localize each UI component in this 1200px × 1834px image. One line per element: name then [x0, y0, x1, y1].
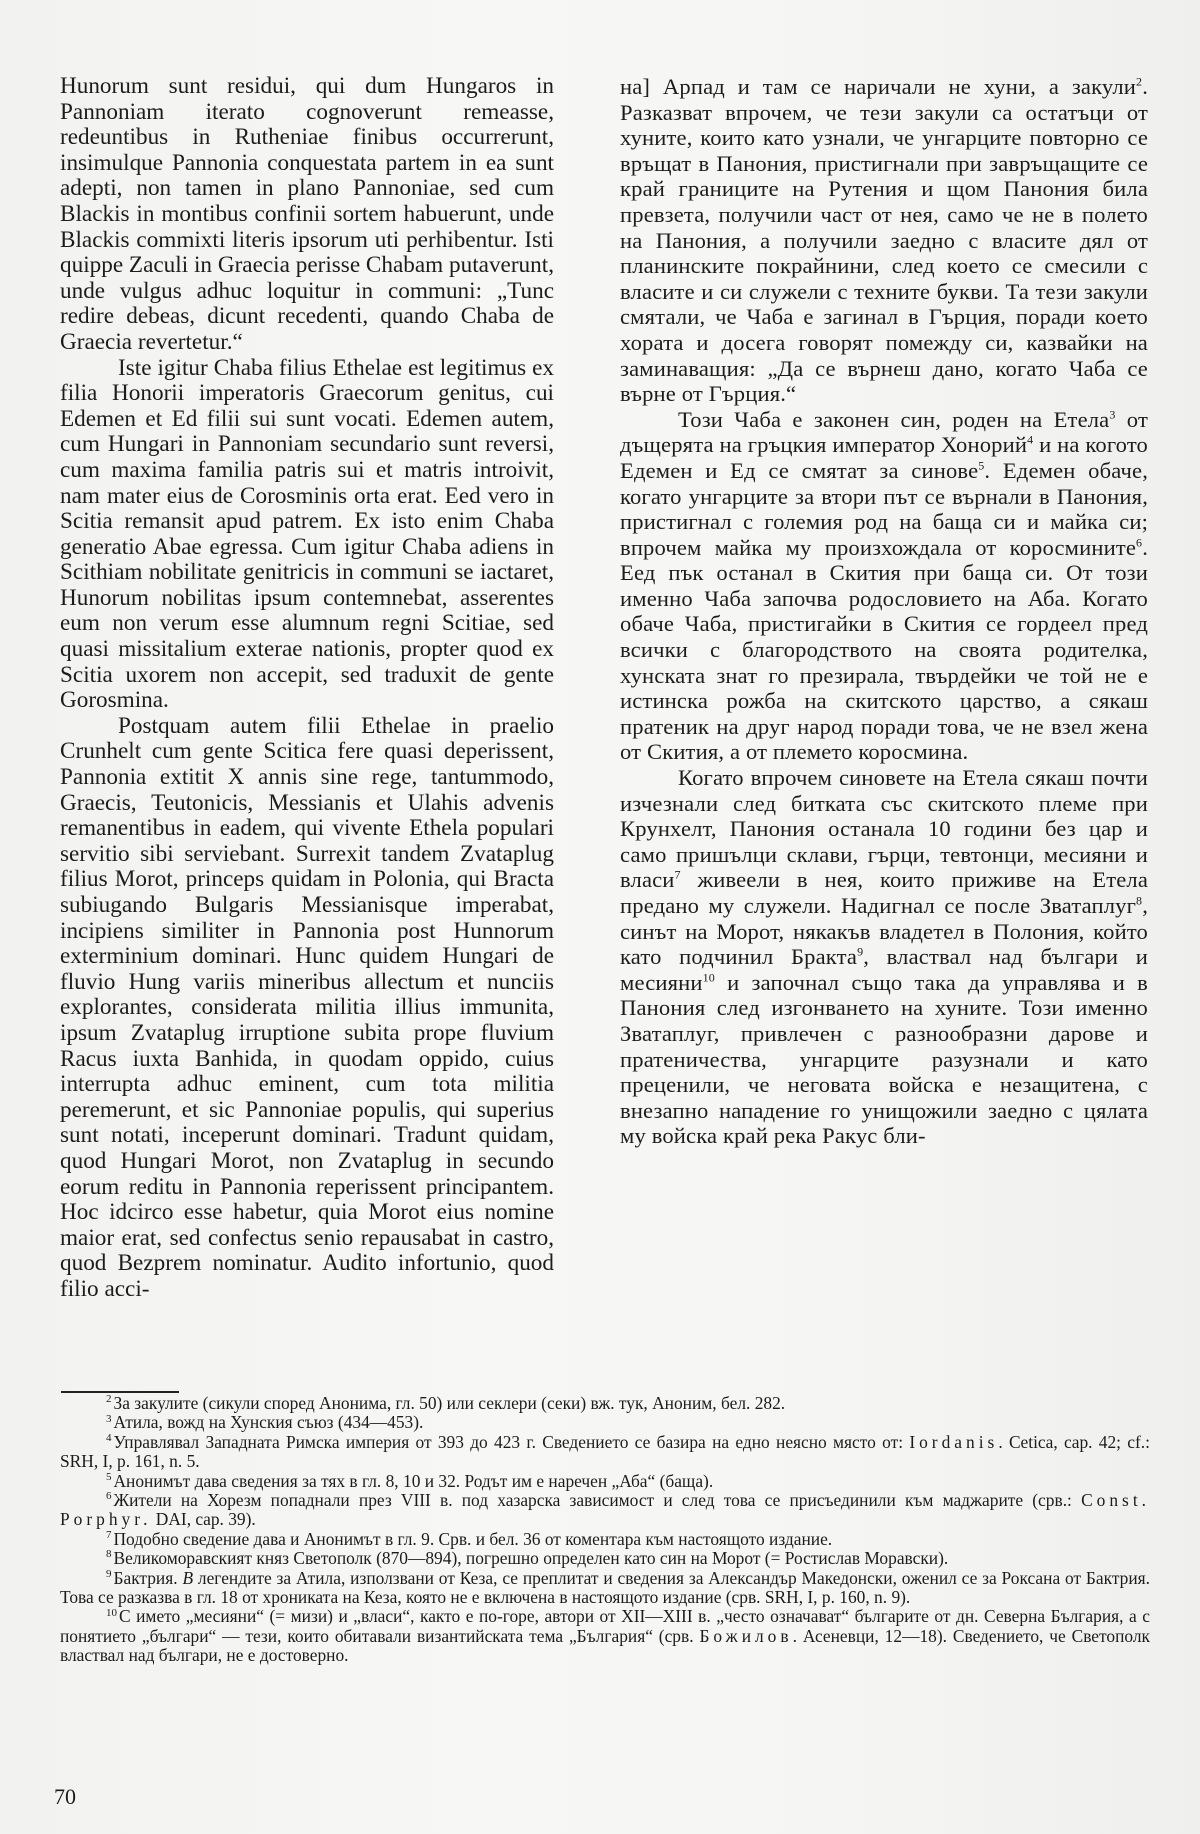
bulgarian-paragraph: Когато впрочем синовете на Етела сякаш п…: [620, 765, 1148, 1149]
author-name-spaced: Iordanis: [909, 1432, 998, 1452]
text-run: . Разказват впрочем, че тези закули са о…: [620, 74, 1148, 406]
footnote-6: 6Жители на Хорезм попаднали през VIII в.…: [60, 1491, 1150, 1530]
footnote-number: 5: [106, 1471, 112, 1483]
author-name-spaced: Божилов: [699, 1626, 792, 1646]
footnote-number: 2: [106, 1393, 112, 1405]
footnote-3: 3Атила, вожд на Хунския съюз (434—453).: [60, 1413, 1150, 1432]
bulgarian-paragraph: Този Чаба е законен син, роден на Етела3…: [620, 407, 1148, 765]
text-run: Атила, вожд на Хунския съюз (434—453).: [114, 1412, 424, 1432]
footnote-number: 4: [106, 1432, 112, 1444]
text-run: Управлявал Западната Римска империя от 3…: [114, 1432, 910, 1452]
footnote-number: 3: [106, 1413, 112, 1425]
footnote-7: 7Подобно сведение дава и Анонимът в гл. …: [60, 1530, 1150, 1549]
footnote-2: 2За закулите (сикули според Анонима, гл.…: [60, 1394, 1150, 1413]
text-run: Жители на Хорезм попаднали през VIII в. …: [114, 1490, 1082, 1510]
footnote-number: 8: [106, 1548, 112, 1560]
latin-paragraph: Hunorum sunt residui, qui dum Hungaros i…: [60, 74, 554, 356]
latin-text-column: Hunorum sunt residui, qui dum Hungaros i…: [60, 74, 554, 1303]
text-run: живеели в нея, които приживе на Етела пр…: [620, 867, 1148, 918]
footnote-5: 5Анонимът дава сведения за тях в гл. 8, …: [60, 1472, 1150, 1491]
text-run: легендите за Атила, използвани от Кеза, …: [60, 1568, 1150, 1607]
text-run: Анонимът дава сведения за тях в гл. 8, 1…: [114, 1471, 714, 1491]
text-run: Подобно сведение дава и Анонимът в гл. 9…: [114, 1529, 833, 1549]
latin-paragraph: Postquam autem filii Ethelae in praelio …: [60, 714, 554, 1303]
footnote-10: 10С името „месияни“ (= мизи) и „власи“, …: [60, 1607, 1150, 1665]
bulgarian-paragraph: на] Арпад и там се наричали не хуни, а з…: [620, 74, 1148, 407]
text-run: Великоморавският княз Светополк (870—894…: [114, 1548, 949, 1568]
footnote-8: 8Великоморавският княз Светополк (870—89…: [60, 1549, 1150, 1568]
text-run: Този Чаба е законен син, роден на Етела: [678, 407, 1109, 432]
footnote-4: 4Управлявал Западната Римска империя от …: [60, 1433, 1150, 1472]
page-number: 70: [54, 1784, 76, 1810]
footnote-number: 9: [106, 1568, 112, 1580]
book-page: Hunorum sunt residui, qui dum Hungaros i…: [0, 0, 1200, 1834]
text-run: Бактрия.: [114, 1568, 183, 1588]
text-run: За закулите (сикули според Анонима, гл. …: [114, 1393, 786, 1413]
footnotes-section: 2За закулите (сикули според Анонима, гл.…: [60, 1394, 1150, 1666]
bulgarian-translation-column: на] Арпад и там се наричали не хуни, а з…: [620, 74, 1148, 1149]
text-run: DAI, cap. 39).: [151, 1509, 255, 1529]
text-run: . Еед пък останал в Скития при баща си. …: [620, 535, 1148, 765]
footnote-9: 9Бактрия. В легендите за Атила, използва…: [60, 1569, 1150, 1608]
footnote-number: 10: [106, 1607, 117, 1619]
footnote-reference[interactable]: 10: [703, 970, 715, 984]
text-run: и започнал също така да управлява и в Па…: [620, 970, 1148, 1149]
latin-paragraph: Iste igitur Chaba filius Ethelae est leg…: [60, 356, 554, 714]
footnote-number: 6: [106, 1490, 112, 1502]
footnote-number: 7: [106, 1529, 112, 1541]
text-run: на] Арпад и там се наричали не хуни, а з…: [620, 74, 1136, 99]
italic-text: В: [182, 1568, 193, 1588]
